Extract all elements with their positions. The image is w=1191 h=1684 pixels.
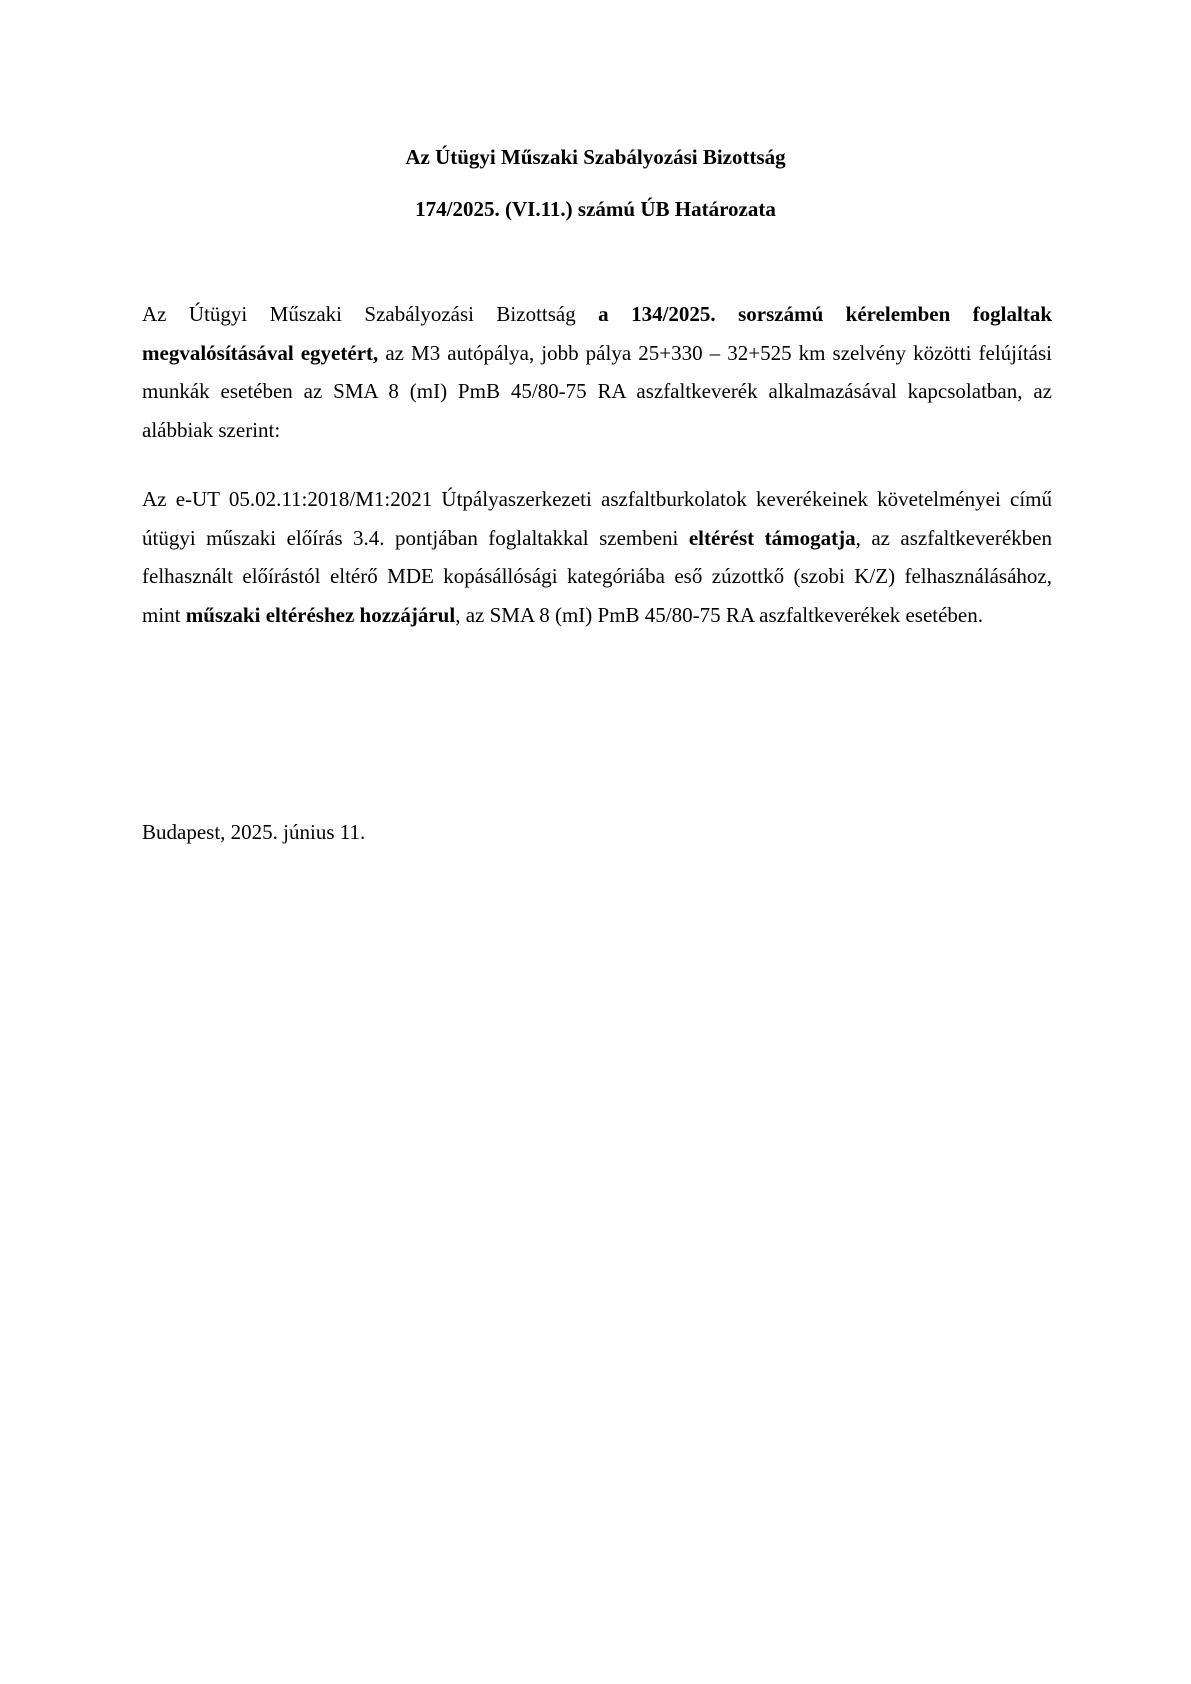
place-and-date: Budapest, 2025. június 11. [142,820,365,844]
paragraph-1-text-1: Az Útügyi Műszaki Szabályozási Bizottság [142,302,598,326]
paragraph-2-bold-1: eltérést támogatja [689,526,856,550]
resolution-paragraph-1: Az Útügyi Műszaki Szabályozási Bizottság… [142,295,1052,449]
paragraph-2-bold-2: műszaki eltéréshez hozzájárul [186,603,455,627]
paragraph-2-text-3: , az SMA 8 (mI) PmB 45/80-75 RA aszfaltk… [455,603,983,627]
document-page: Az Útügyi Műszaki Szabályozási Bizottság… [0,0,1191,1684]
document-title-committee: Az Útügyi Műszaki Szabályozási Bizottság [0,145,1191,169]
resolution-paragraph-2: Az e-UT 05.02.11:2018/M1:2021 Útpályasze… [142,480,1052,634]
document-title-resolution: 174/2025. (VI.11.) számú ÚB Határozata [0,197,1191,221]
